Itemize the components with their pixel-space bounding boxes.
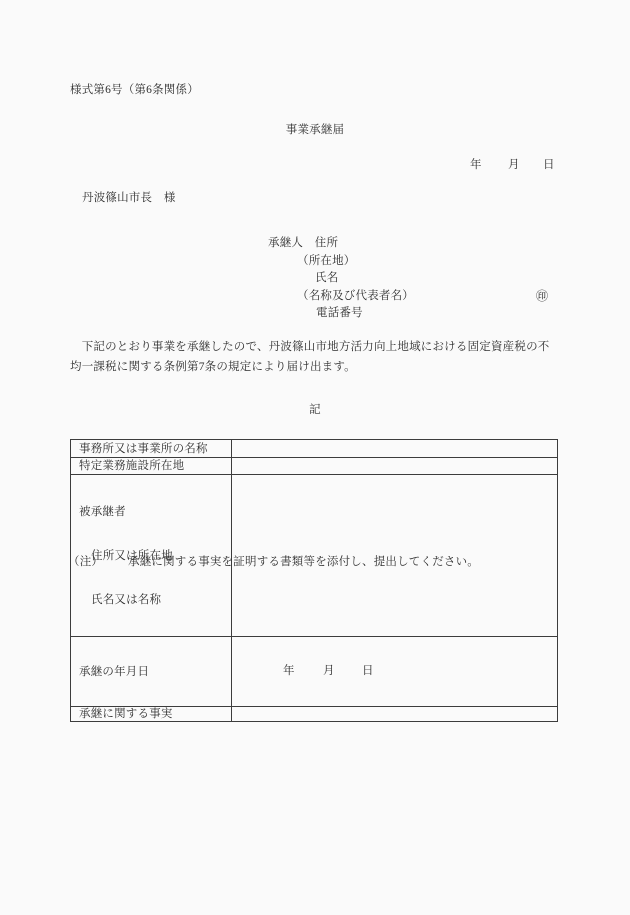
table-row: 特定業務施設所在地: [71, 458, 558, 475]
table-year-label: 年: [283, 665, 295, 678]
succession-date-label: 承継の年月日: [71, 637, 232, 707]
succession-table: 事務所又は事業所の名称 特定業務施設所在地 被承継者 住所又は所在地 氏名又は名…: [70, 439, 558, 722]
record-marker: 記: [0, 403, 630, 417]
table-month-label: 月: [323, 665, 335, 678]
date-month-label: 月: [508, 158, 520, 172]
succession-date-blanks: 年 月 日: [232, 665, 557, 678]
facility-location-label: 特定業務施設所在地: [71, 458, 232, 475]
document-page: 様式第6号（第6条関係） 事業承継届 年 月 日 丹波篠山市長 様 承継人 住所…: [0, 0, 630, 915]
successor-heading-address: 承継人 住所: [268, 236, 338, 250]
succession-facts-label: 承継に関する事実: [71, 707, 232, 722]
successor-phone-label: 電話番号: [316, 306, 363, 320]
date-year-label: 年: [470, 158, 482, 172]
table-row: 承継に関する事実: [71, 707, 558, 722]
table-day-label: 日: [362, 665, 374, 678]
successor-name-representative-paren: （名称及び代表者名）: [297, 289, 414, 303]
table-row: 承継の年月日 年 月 日: [71, 637, 558, 707]
successor-name-label: 氏名: [315, 271, 338, 285]
form-number: 様式第6号（第6条関係）: [70, 83, 199, 97]
office-name-label: 事務所又は事業所の名称: [71, 440, 232, 458]
succession-date-value-cell: 年 月 日: [232, 637, 558, 707]
note-text: 承継に関する事実を証明する書類等を添付し、提出してください。: [128, 555, 479, 569]
successor-location-paren: （所在地）: [297, 254, 356, 268]
body-paragraph-line-2: 均一課税に関する条例第7条の規定により届け出ます。: [70, 360, 558, 374]
succession-facts-value-cell: [232, 707, 558, 722]
date-day-label: 日: [543, 158, 555, 172]
note-label: （注）: [68, 555, 103, 569]
predecessor-label: 被承継者: [79, 504, 231, 520]
office-name-value-cell: [232, 440, 558, 458]
addressee: 丹波篠山市長 様: [82, 191, 176, 205]
facility-location-value-cell: [232, 458, 558, 475]
table-row: 事務所又は事業所の名称: [71, 440, 558, 458]
predecessor-name-label: 氏名又は名称: [79, 592, 231, 608]
document-title: 事業承継届: [0, 123, 630, 137]
body-paragraph-line-1: 下記のとおり事業を承継したので、丹波篠山市地方活力向上地域における固定資産税の不: [70, 340, 558, 354]
seal-mark-icon: ㊞: [536, 289, 548, 303]
